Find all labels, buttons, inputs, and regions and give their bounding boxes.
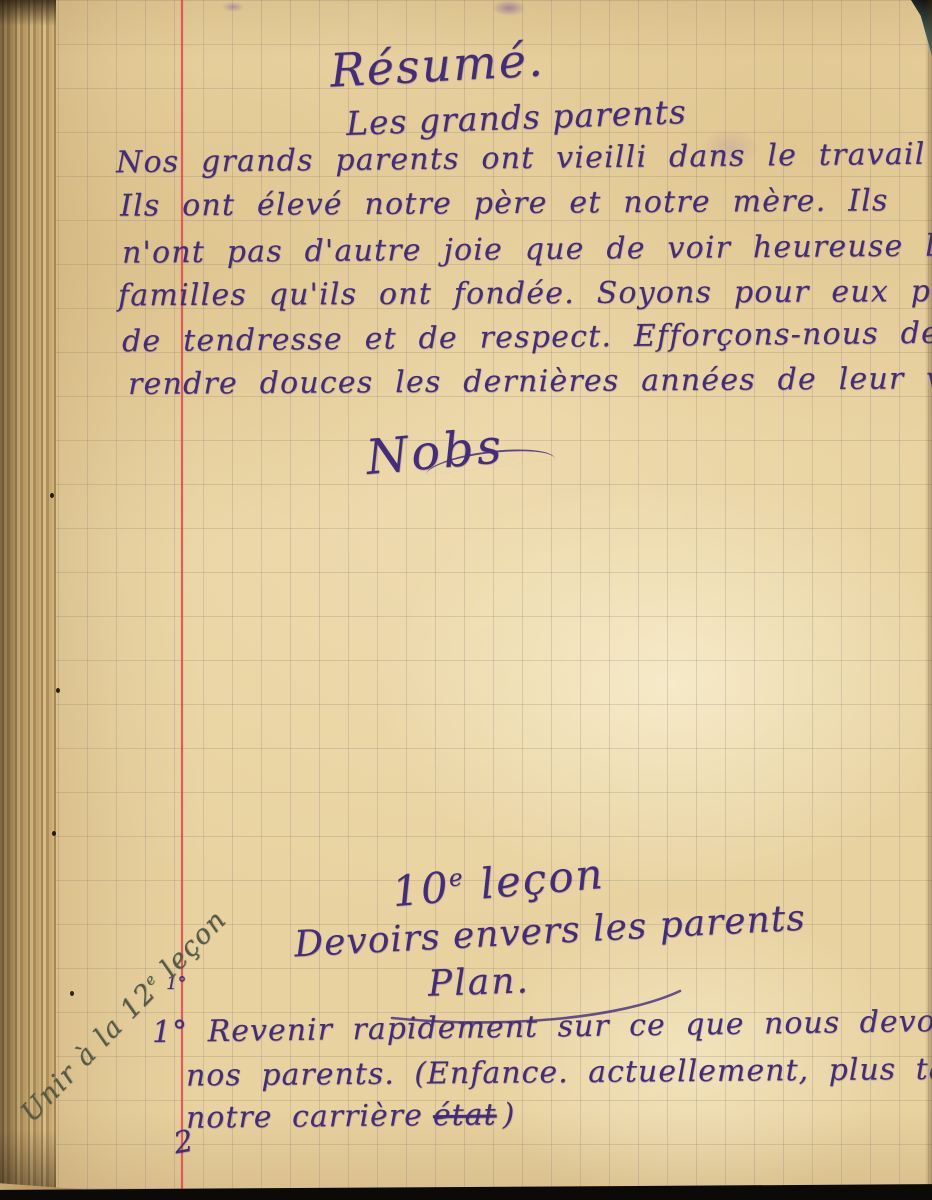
- binding-ink-specks: [50, 493, 54, 498]
- closing-paren: ): [502, 1097, 515, 1132]
- plan-label: Plan.: [427, 961, 530, 1004]
- resume-title: Résumé.: [329, 34, 546, 96]
- resume-body-line: familles qu'ils ont fondée. Soyons pour …: [118, 275, 932, 313]
- lesson-number-sup: e: [448, 865, 466, 892]
- resume-body-line: Nos grands parents ont vieilli dans le t…: [116, 138, 926, 179]
- plan-line: nos parents. (Enfance. actuellement, plu…: [186, 1053, 932, 1093]
- book-binding-edge: [0, 0, 56, 1200]
- plan-line-text: notre carrière: [186, 1098, 423, 1135]
- lesson-number: 10: [390, 862, 452, 916]
- signature: Nobs: [364, 420, 506, 485]
- plan-line: notre carrièreétat): [186, 1098, 516, 1134]
- resume-body-line: rendre douces les dernières années de le…: [128, 362, 932, 401]
- resume-body-line: n'ont pas d'autre joie que de voir heure…: [122, 229, 932, 269]
- crossed-out-word: état: [433, 1097, 497, 1133]
- resume-body-line: de tendresse et de respect. Efforçons-no…: [122, 317, 932, 359]
- resume-body-line: Ils ont élevé notre père et notre mère. …: [120, 184, 889, 222]
- notebook-page: Résumé. Les grands parents Nos grands pa…: [0, 0, 932, 1200]
